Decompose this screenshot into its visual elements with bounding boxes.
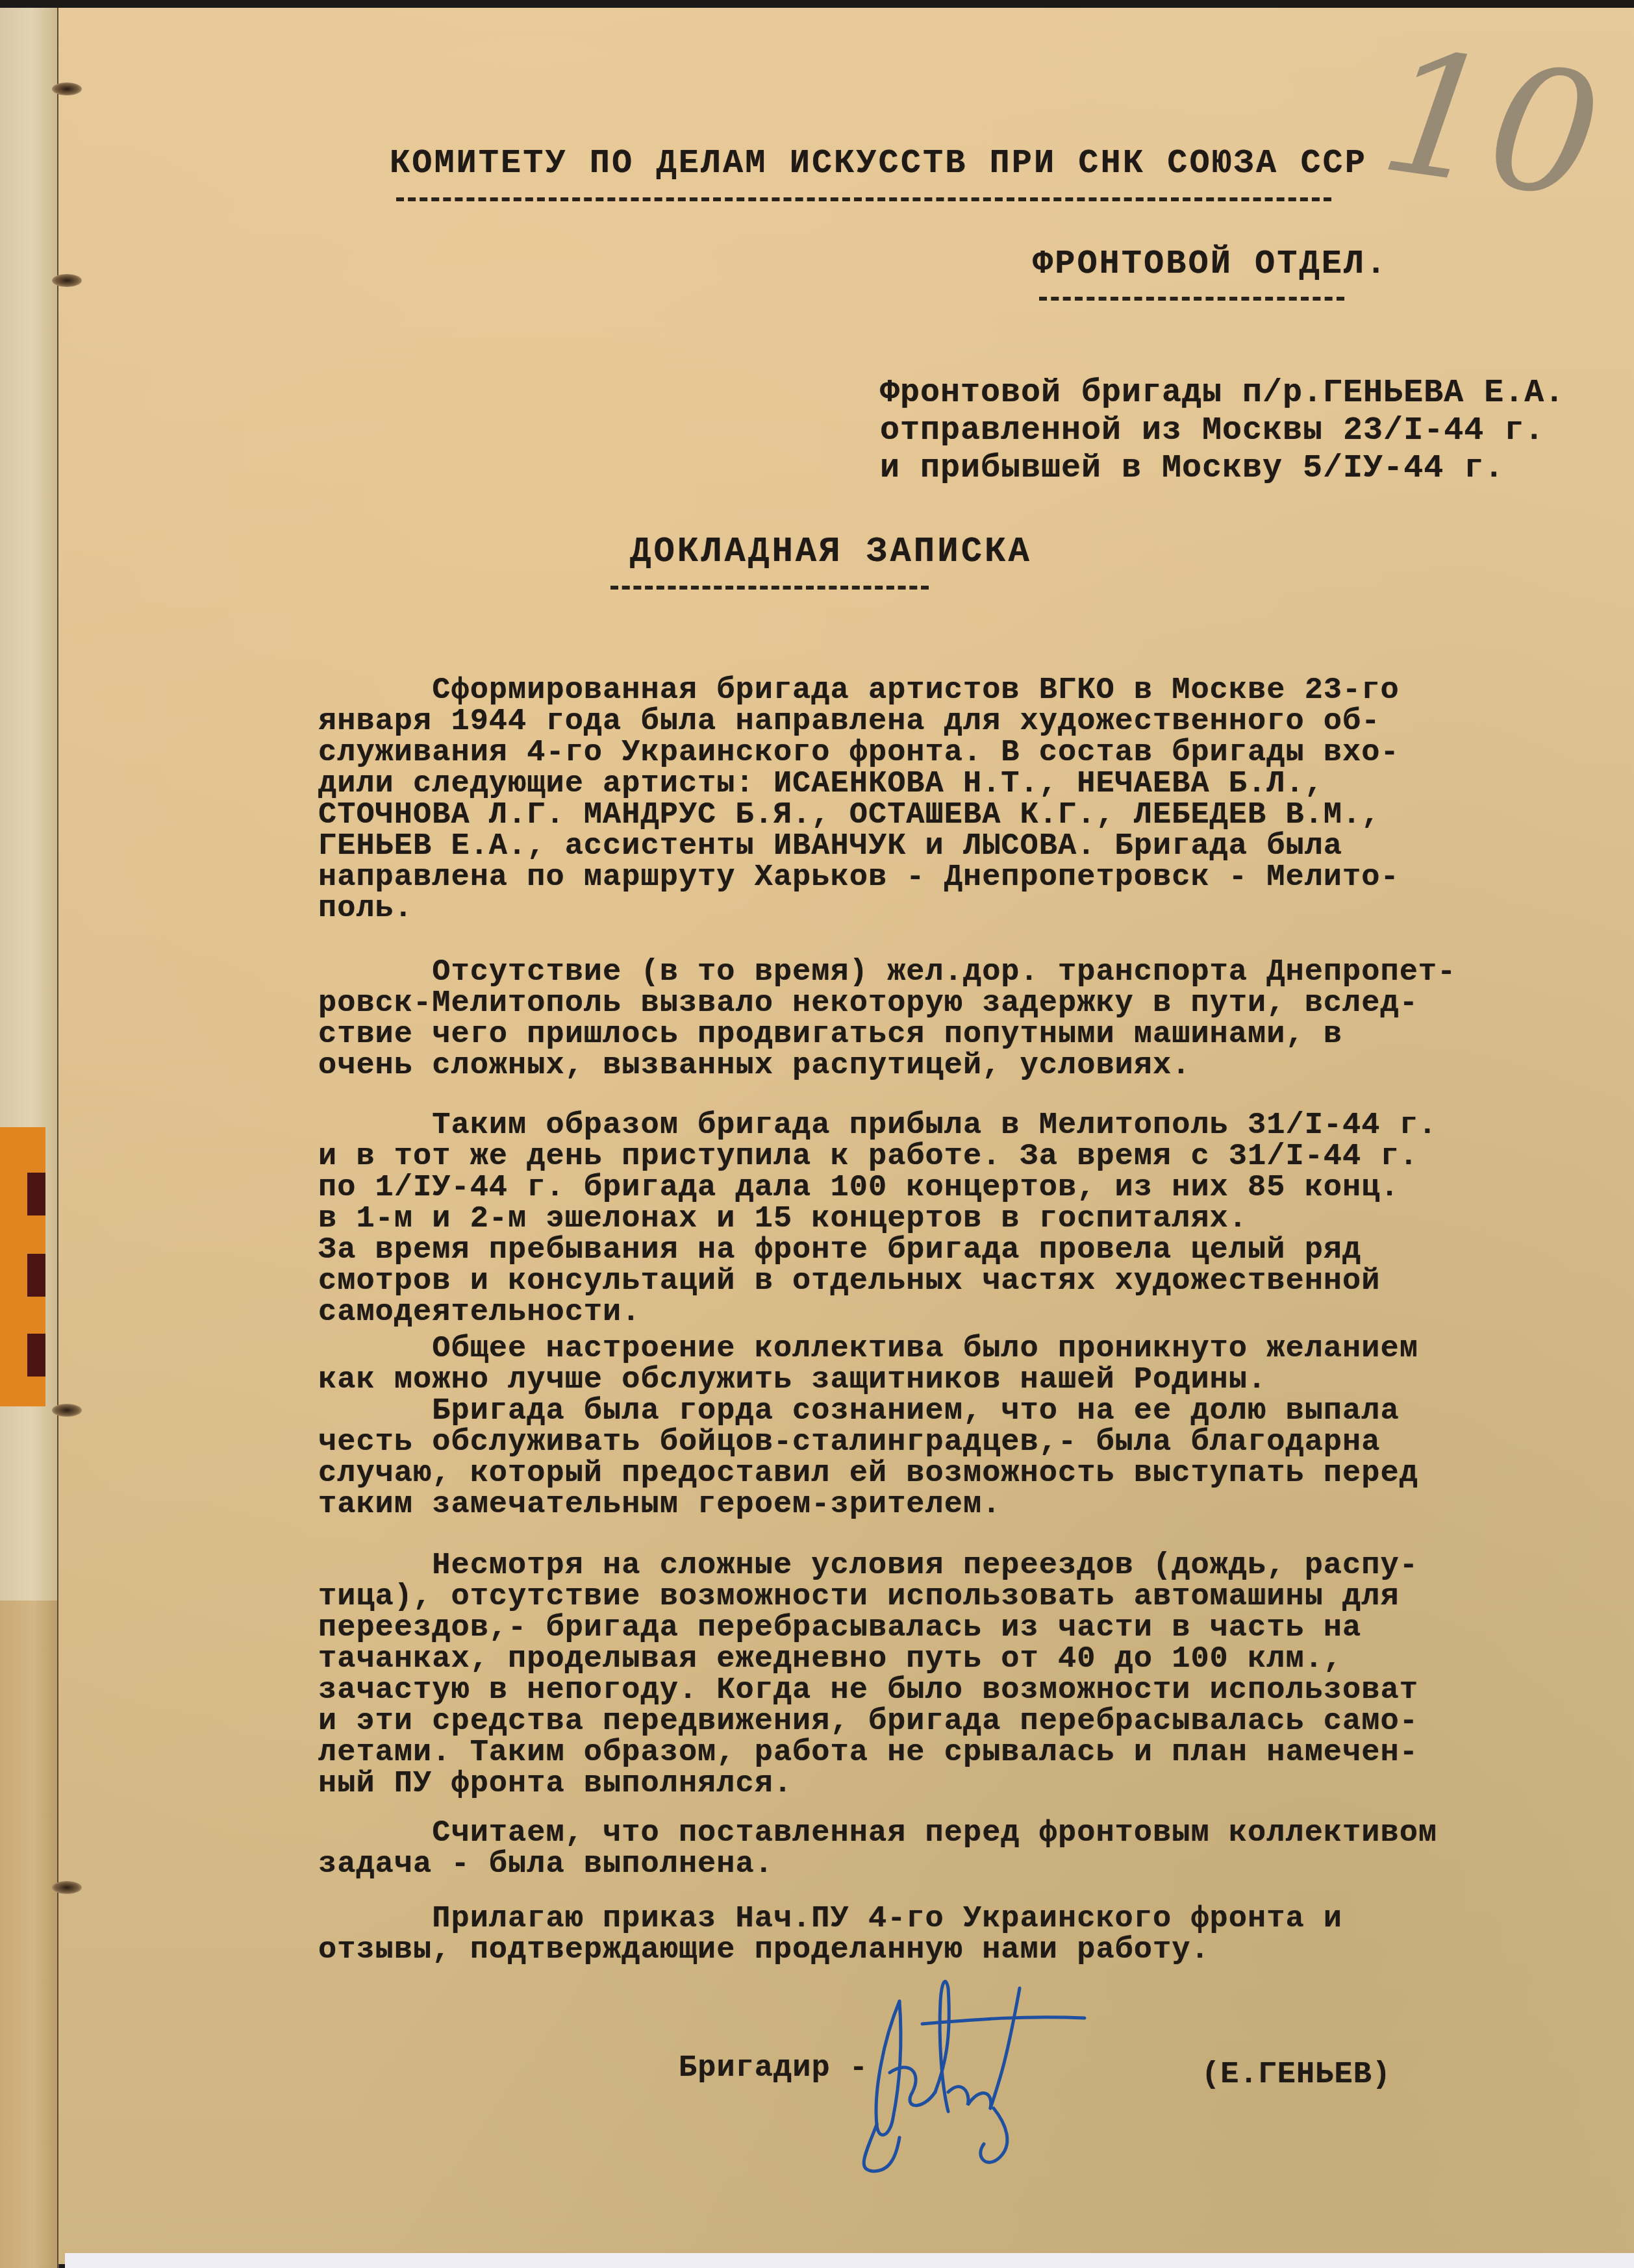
text-line: служивания 4-го Украинского фронта. В со… [318,738,1400,769]
text-line: самодеятельности. [318,1297,640,1328]
department-underline [1039,297,1344,301]
tab-mark [27,1254,45,1297]
document-page: КОМИТЕТУ ПО ДЕЛАМ ИСКУССТВ ПРИ СНК СОЮЗА… [58,8,1634,2264]
text-line: летами. Таким образом, работа не срывала… [318,1738,1418,1769]
text-line: таким замечательным героем-зрителем. [318,1489,1001,1521]
text-line: и эти средства передвижения, бригада пер… [318,1706,1418,1738]
text-line: зачастую в непогоду. Когда не было возмо… [318,1675,1418,1706]
text-line: поль. [318,893,413,925]
text-line: Прилагаю приказ Нач.ПУ 4-го Украинского … [318,1904,1342,1935]
punch-hole [52,82,82,95]
text-line: Отсутствие (в то время) жел.дор. транспо… [318,957,1456,988]
text-line: случаю, который предоставил ей возможнос… [318,1458,1418,1489]
binder-strip-lower [0,1601,59,2268]
text-line: по 1/IУ-44 г. бригада дала 100 концертов… [318,1173,1400,1204]
text-line: ствие чего пришлось продвигаться попутны… [318,1019,1342,1051]
text-line: ный ПУ фронта выполнялся. [318,1769,792,1800]
text-line: очень сложных, вызванных распутицей, усл… [318,1051,1190,1082]
text-line: Бригада была горда сознанием, что на ее … [318,1396,1400,1427]
signature-name: (Е.ГЕНЬЕВ) [1201,2060,1391,2091]
text-line: тица), отсутствие возможности использова… [318,1582,1400,1613]
department-header: ФРОНТОВОЙ ОТДЕЛ. [1033,245,1388,283]
text-line: Сформированная бригада артистов ВГКО в М… [318,675,1400,706]
text-line: За время пребывания на фронте бригада пр… [318,1235,1361,1266]
punch-hole [52,1404,82,1417]
text-line: Несмотря на сложные условия переездов (д… [318,1551,1418,1582]
sender-line: отправленной из Москвы 23/I-44 г. [880,412,1544,450]
text-line: отзывы, подтверждающие проделанную нами … [318,1935,1210,1966]
text-line: Общее настроение коллектива было проникн… [318,1334,1418,1365]
addressee-header: КОМИТЕТУ ПО ДЕЛАМ ИСКУССТВ ПРИ СНК СОЮЗА… [390,144,1367,182]
text-line: января 1944 года была направлена для худ… [318,706,1380,738]
text-line: в 1-м и 2-м эшелонах и 15 концертов в го… [318,1204,1248,1235]
text-line: направлена по маршруту Харьков - Днепроп… [318,862,1400,893]
sender-line: Фронтовой бригады п/р.ГЕНЬЕВА Е.А. [880,375,1565,412]
document-title: ДОКЛАДНАЯ ЗАПИСКА [630,532,1032,572]
text-line: смотров и консультаций в отдельных частя… [318,1266,1380,1297]
text-line: ГЕНЬЕВ Е.А., ассистенты ИВАНЧУК и ЛЫСОВА… [318,831,1342,862]
tab-mark [27,1173,45,1215]
text-line: дили следующие артисты: ИСАЕНКОВА Н.Т., … [318,769,1324,800]
text-line: честь обслуживать бойцов-сталинградцев,-… [318,1427,1380,1458]
orange-index-tab [0,1127,45,1406]
header-underline [396,197,1331,201]
tab-mark [27,1334,45,1377]
text-line: тачанках, проделывая ежедневно путь от 4… [318,1644,1342,1675]
punch-hole [52,274,82,287]
scanner-background [65,2253,1634,2268]
text-line: Таким образом бригада прибыла в Мелитопо… [318,1110,1437,1141]
text-line: СТОЧНОВА Л.Г. МАНДРУС Б.Я., ОСТАШЕВА К.Г… [318,800,1380,831]
text-line: ровск-Мелитополь вызвало некоторую задер… [318,988,1418,1019]
text-line: задача - была выполнена. [318,1849,773,1880]
text-line: переездов,- бригада перебрасывалась из ч… [318,1613,1361,1644]
punch-hole [52,1881,82,1894]
archive-page-number: 10 [1371,13,1611,237]
text-line: и в тот же день приступила к работе. За … [318,1141,1418,1173]
title-underline [610,586,929,590]
sender-line: и прибывшей в Москву 5/IУ-44 г. [880,450,1504,488]
text-line: как можно лучше обслужить защитников наш… [318,1365,1266,1396]
text-line: Считаем, что поставленная перед фронтовы… [318,1818,1437,1849]
